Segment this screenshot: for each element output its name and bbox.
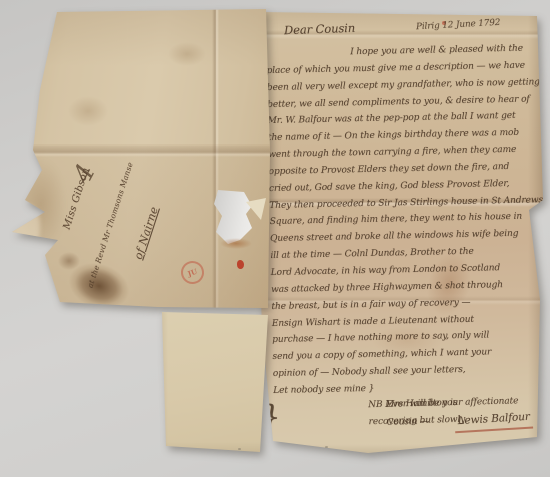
closing-row: Cousin — Lewis Balfour (386, 410, 536, 434)
paper-stain (168, 42, 206, 66)
wax-seal-dot (237, 260, 244, 269)
lower-flap (158, 308, 270, 456)
paper-stain (16, 158, 66, 250)
nb-note-line: recovering but slowly (368, 414, 387, 434)
torn-edge-fray (10, 204, 40, 250)
letter-body: I hope you are well & pleased with the p… (266, 40, 541, 399)
paper-edge-shading (158, 308, 270, 456)
address-wrapper: JU 4 Miss Gibson at the Revd Mr Thomsons… (8, 8, 274, 316)
photo-background: Dear Cousin Pilrig 12 June 1792 I hope y… (0, 0, 550, 477)
ink-stain-blob (58, 252, 80, 270)
lower-flap-paper (158, 308, 270, 456)
hole-rim-stain (220, 238, 252, 249)
salutation-text: Dear Cousin (284, 21, 356, 37)
paper-stain (68, 96, 108, 126)
dust-speck (325, 446, 328, 448)
letter-page: Dear Cousin Pilrig 12 June 1792 I hope y… (252, 8, 544, 460)
closing-word: Cousin — (386, 414, 429, 432)
dust-speck (238, 448, 241, 450)
signoff-block: NB Mrs Hamilton is } Ever will be your a… (260, 393, 537, 437)
brace-glyph: } (260, 397, 369, 437)
signature-text: Lewis Balfour (454, 409, 533, 434)
address-wrapper-paper: JU 4 Miss Gibson at the Revd Mr Thomsons… (8, 8, 274, 316)
letter-paper: Dear Cousin Pilrig 12 June 1792 I hope y… (252, 8, 544, 460)
fold-shading (8, 8, 274, 66)
nb-note-line: NB Mrs Hamilton is (368, 397, 386, 414)
